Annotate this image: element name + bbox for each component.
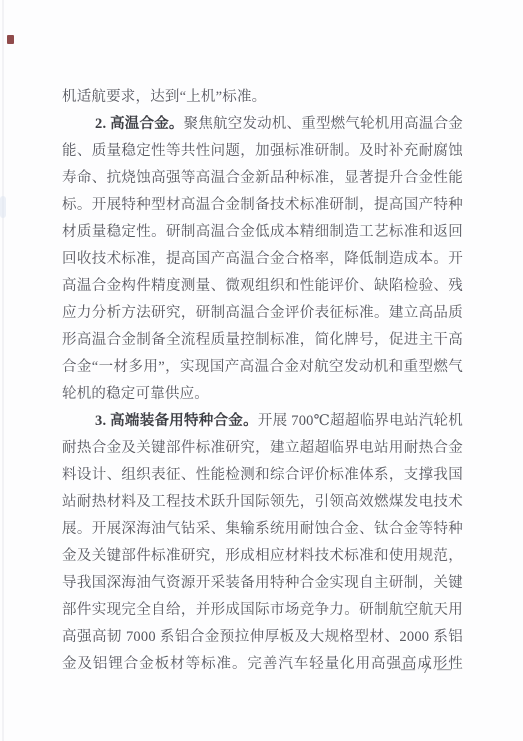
doc-line-text: 导我国深海油气资源开采装备用特种合金实现自主研制，关键零 [62, 575, 463, 597]
doc-line: 寿命、抗烧蚀高强等高温合金新品种标准，显著提升合金性能指 [62, 165, 463, 192]
blue-scan-smudge [0, 196, 6, 218]
doc-line-text: 部件实现完全自给，并形成国际市场竞争力。研制航空航天用超 [62, 602, 463, 624]
doc-line: 高温合金构件精度测量、微观组织和性能评价、缺陷检验、残余 [62, 273, 463, 300]
doc-line: 材质量稳定性。研制高温合金低成本精细制造工艺标准和返回料 [62, 219, 463, 246]
doc-line-text: 展。开展深海油气钻采、集输系统用耐蚀合金、钛合金等特种合 [62, 521, 463, 543]
doc-line-text: 机适航要求，达到“上机”标准。 [62, 89, 266, 105]
doc-line-text: 站耐热材料及工程技术跃升国际领先，引领高效燃煤发电技术发 [62, 494, 463, 516]
doc-line-text: 寿命、抗烧蚀高强等高温合金新品种标准，显著提升合金性能指 [62, 170, 463, 192]
doc-line-text: 料设计、组织表征、性能检测和综合评价标准体系，支撑我国电 [62, 467, 463, 489]
doc-line-section-3-heading: 3. 高端装备用特种合金。开展 700℃超超临界电站汽轮机用 [62, 408, 463, 435]
doc-line-text: 高温合金构件精度测量、微观组织和性能评价、缺陷检验、残余 [62, 278, 463, 300]
doc-line-text: 形高温合金制备全流程质量控制标准，简化牌号，促进主干高温 [62, 332, 463, 354]
doc-line-text: 高强高韧 7000 系铝合金预拉伸厚板及大规格型材、2000 系铝合 [62, 629, 463, 651]
doc-line: 站耐热材料及工程技术跃升国际领先，引领高效燃煤发电技术发 [62, 489, 463, 516]
doc-line: 回收技术标准，提高国产高温合金合格率，降低制造成本。开展 [62, 246, 463, 273]
section-3-heading-label: 3. 高端装备用特种合金。 [95, 413, 258, 429]
red-scan-mark [7, 35, 14, 44]
doc-line: 金及关键部件标准研究，形成相应材料技术标准和使用规范，指 [62, 543, 463, 570]
doc-line: 机适航要求，达到“上机”标准。 [62, 84, 463, 111]
doc-line: 导我国深海油气资源开采装备用特种合金实现自主研制，关键零 [62, 570, 463, 597]
document-body: 机适航要求，达到“上机”标准。 2. 高温合金。聚焦航空发动机、重型燃气轮机用高… [62, 84, 463, 678]
doc-line-text: 金及关键部件标准研究，形成相应材料技术标准和使用规范，指 [62, 548, 463, 570]
section-2-heading-label: 2. 高温合金。 [95, 116, 184, 132]
doc-line: 能、质量稳定性等共性问题，加强标准研制。及时补充耐腐蚀长 [62, 138, 463, 165]
document-page: 机适航要求，达到“上机”标准。 2. 高温合金。聚焦航空发动机、重型燃气轮机用高… [0, 0, 523, 741]
page-number: — 7 — [401, 660, 453, 680]
doc-line-text: 材质量稳定性。研制高温合金低成本精细制造工艺标准和返回料 [62, 224, 463, 246]
doc-line-text: 合金“一材多用”，实现国产高温合金对航空发动机和重型燃气 [62, 359, 463, 375]
doc-line: 高强高韧 7000 系铝合金预拉伸厚板及大规格型材、2000 系铝合 [62, 624, 463, 651]
doc-line: 合金“一材多用”，实现国产高温合金对航空发动机和重型燃气 [62, 354, 463, 381]
doc-line: 料设计、组织表征、性能检测和综合评价标准体系，支撑我国电 [62, 462, 463, 489]
doc-line-text: 能、质量稳定性等共性问题，加强标准研制。及时补充耐腐蚀长 [62, 143, 463, 165]
doc-line-text: 轮机的稳定可靠供应。 [62, 386, 209, 402]
doc-line: 应力分析方法研究，研制高温合金评价表征标准。建立高品质变 [62, 300, 463, 327]
doc-line-text: 耐热合金及关键部件标准研究，建立超超临界电站用耐热合金材 [62, 440, 463, 462]
doc-line-text: 标。开展特种型材高温合金制备技术标准研制，提高国产特种型 [62, 197, 463, 219]
doc-line-text: 应力分析方法研究，研制高温合金评价表征标准。建立高品质变 [62, 305, 463, 327]
doc-line: 展。开展深海油气钻采、集输系统用耐蚀合金、钛合金等特种合 [62, 516, 463, 543]
doc-line: 标。开展特种型材高温合金制备技术标准研制，提高国产特种型 [62, 192, 463, 219]
doc-line: 轮机的稳定可靠供应。 [62, 381, 463, 408]
doc-line-section-2-heading: 2. 高温合金。聚焦航空发动机、重型燃气轮机用高温合金性 [62, 111, 463, 138]
scan-edge-artifact [2, 0, 4, 741]
doc-line-text: 回收技术标准，提高国产高温合金合格率，降低制造成本。开展 [62, 251, 463, 273]
doc-line: 耐热合金及关键部件标准研究，建立超超临界电站用耐热合金材 [62, 435, 463, 462]
doc-line: 部件实现完全自给，并形成国际市场竞争力。研制航空航天用超 [62, 597, 463, 624]
doc-line: 形高温合金制备全流程质量控制标准，简化牌号，促进主干高温 [62, 327, 463, 354]
